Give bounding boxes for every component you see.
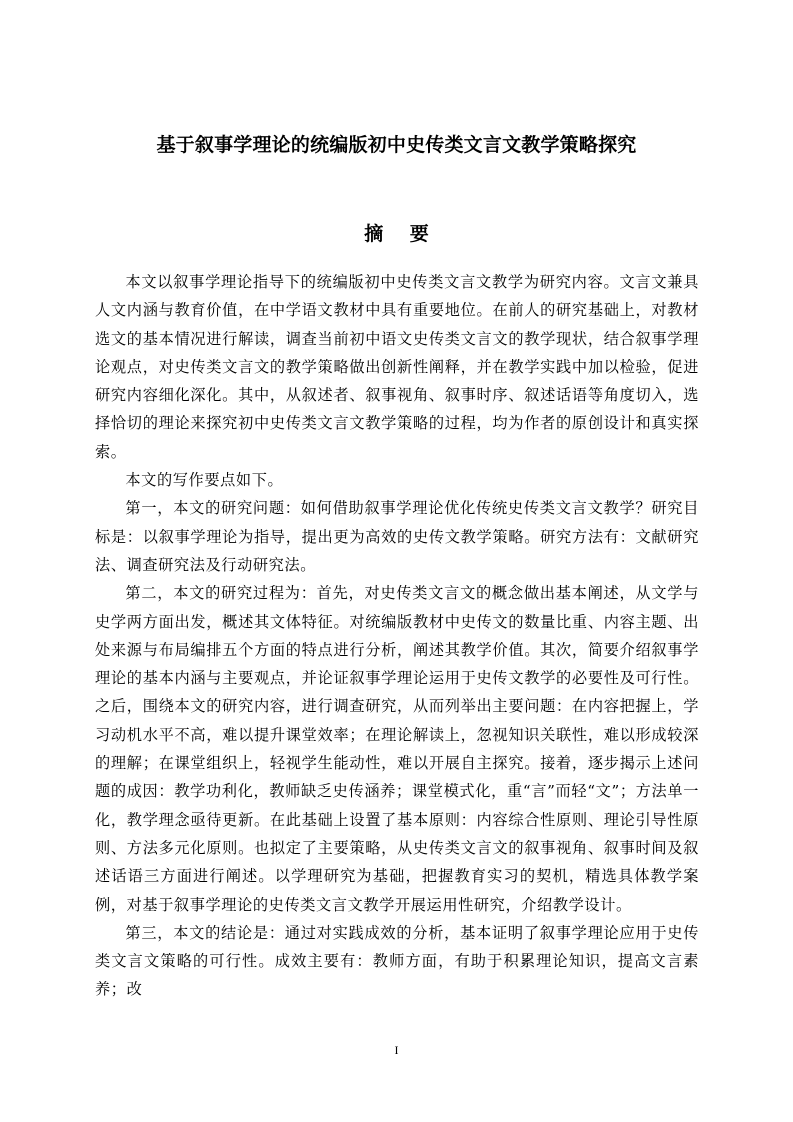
paragraph-outline: 本文的写作要点如下。: [95, 466, 699, 494]
thesis-title: 基于叙事学理论的统编版初中史传类文言文教学策略探究: [0, 131, 793, 159]
abstract-heading: 摘 要: [0, 220, 793, 248]
page-number: I: [0, 1043, 793, 1058]
paragraph-second-point: 第二，本文的研究过程为：首先，对史传类文言文的概念做出基本阐述，从文学与史学两方…: [95, 579, 699, 919]
paragraph-first-point: 第一，本文的研究问题：如何借助叙事学理论优化传统史传类文言文教学？研究目标是：以…: [95, 494, 699, 579]
paragraph-third-point: 第三，本文的结论是：通过对实践成效的分析，基本证明了叙事学理论应用于史传类文言文…: [95, 919, 699, 1004]
document-page: 基于叙事学理论的统编版初中史传类文言文教学策略探究 摘 要 本文以叙事学理论指导…: [0, 0, 793, 1122]
paragraph-intro: 本文以叙事学理论指导下的统编版初中史传类文言文教学为研究内容。文言文兼具人文内涵…: [95, 268, 699, 466]
abstract-body: 本文以叙事学理论指导下的统编版初中史传类文言文教学为研究内容。文言文兼具人文内涵…: [95, 268, 699, 1004]
